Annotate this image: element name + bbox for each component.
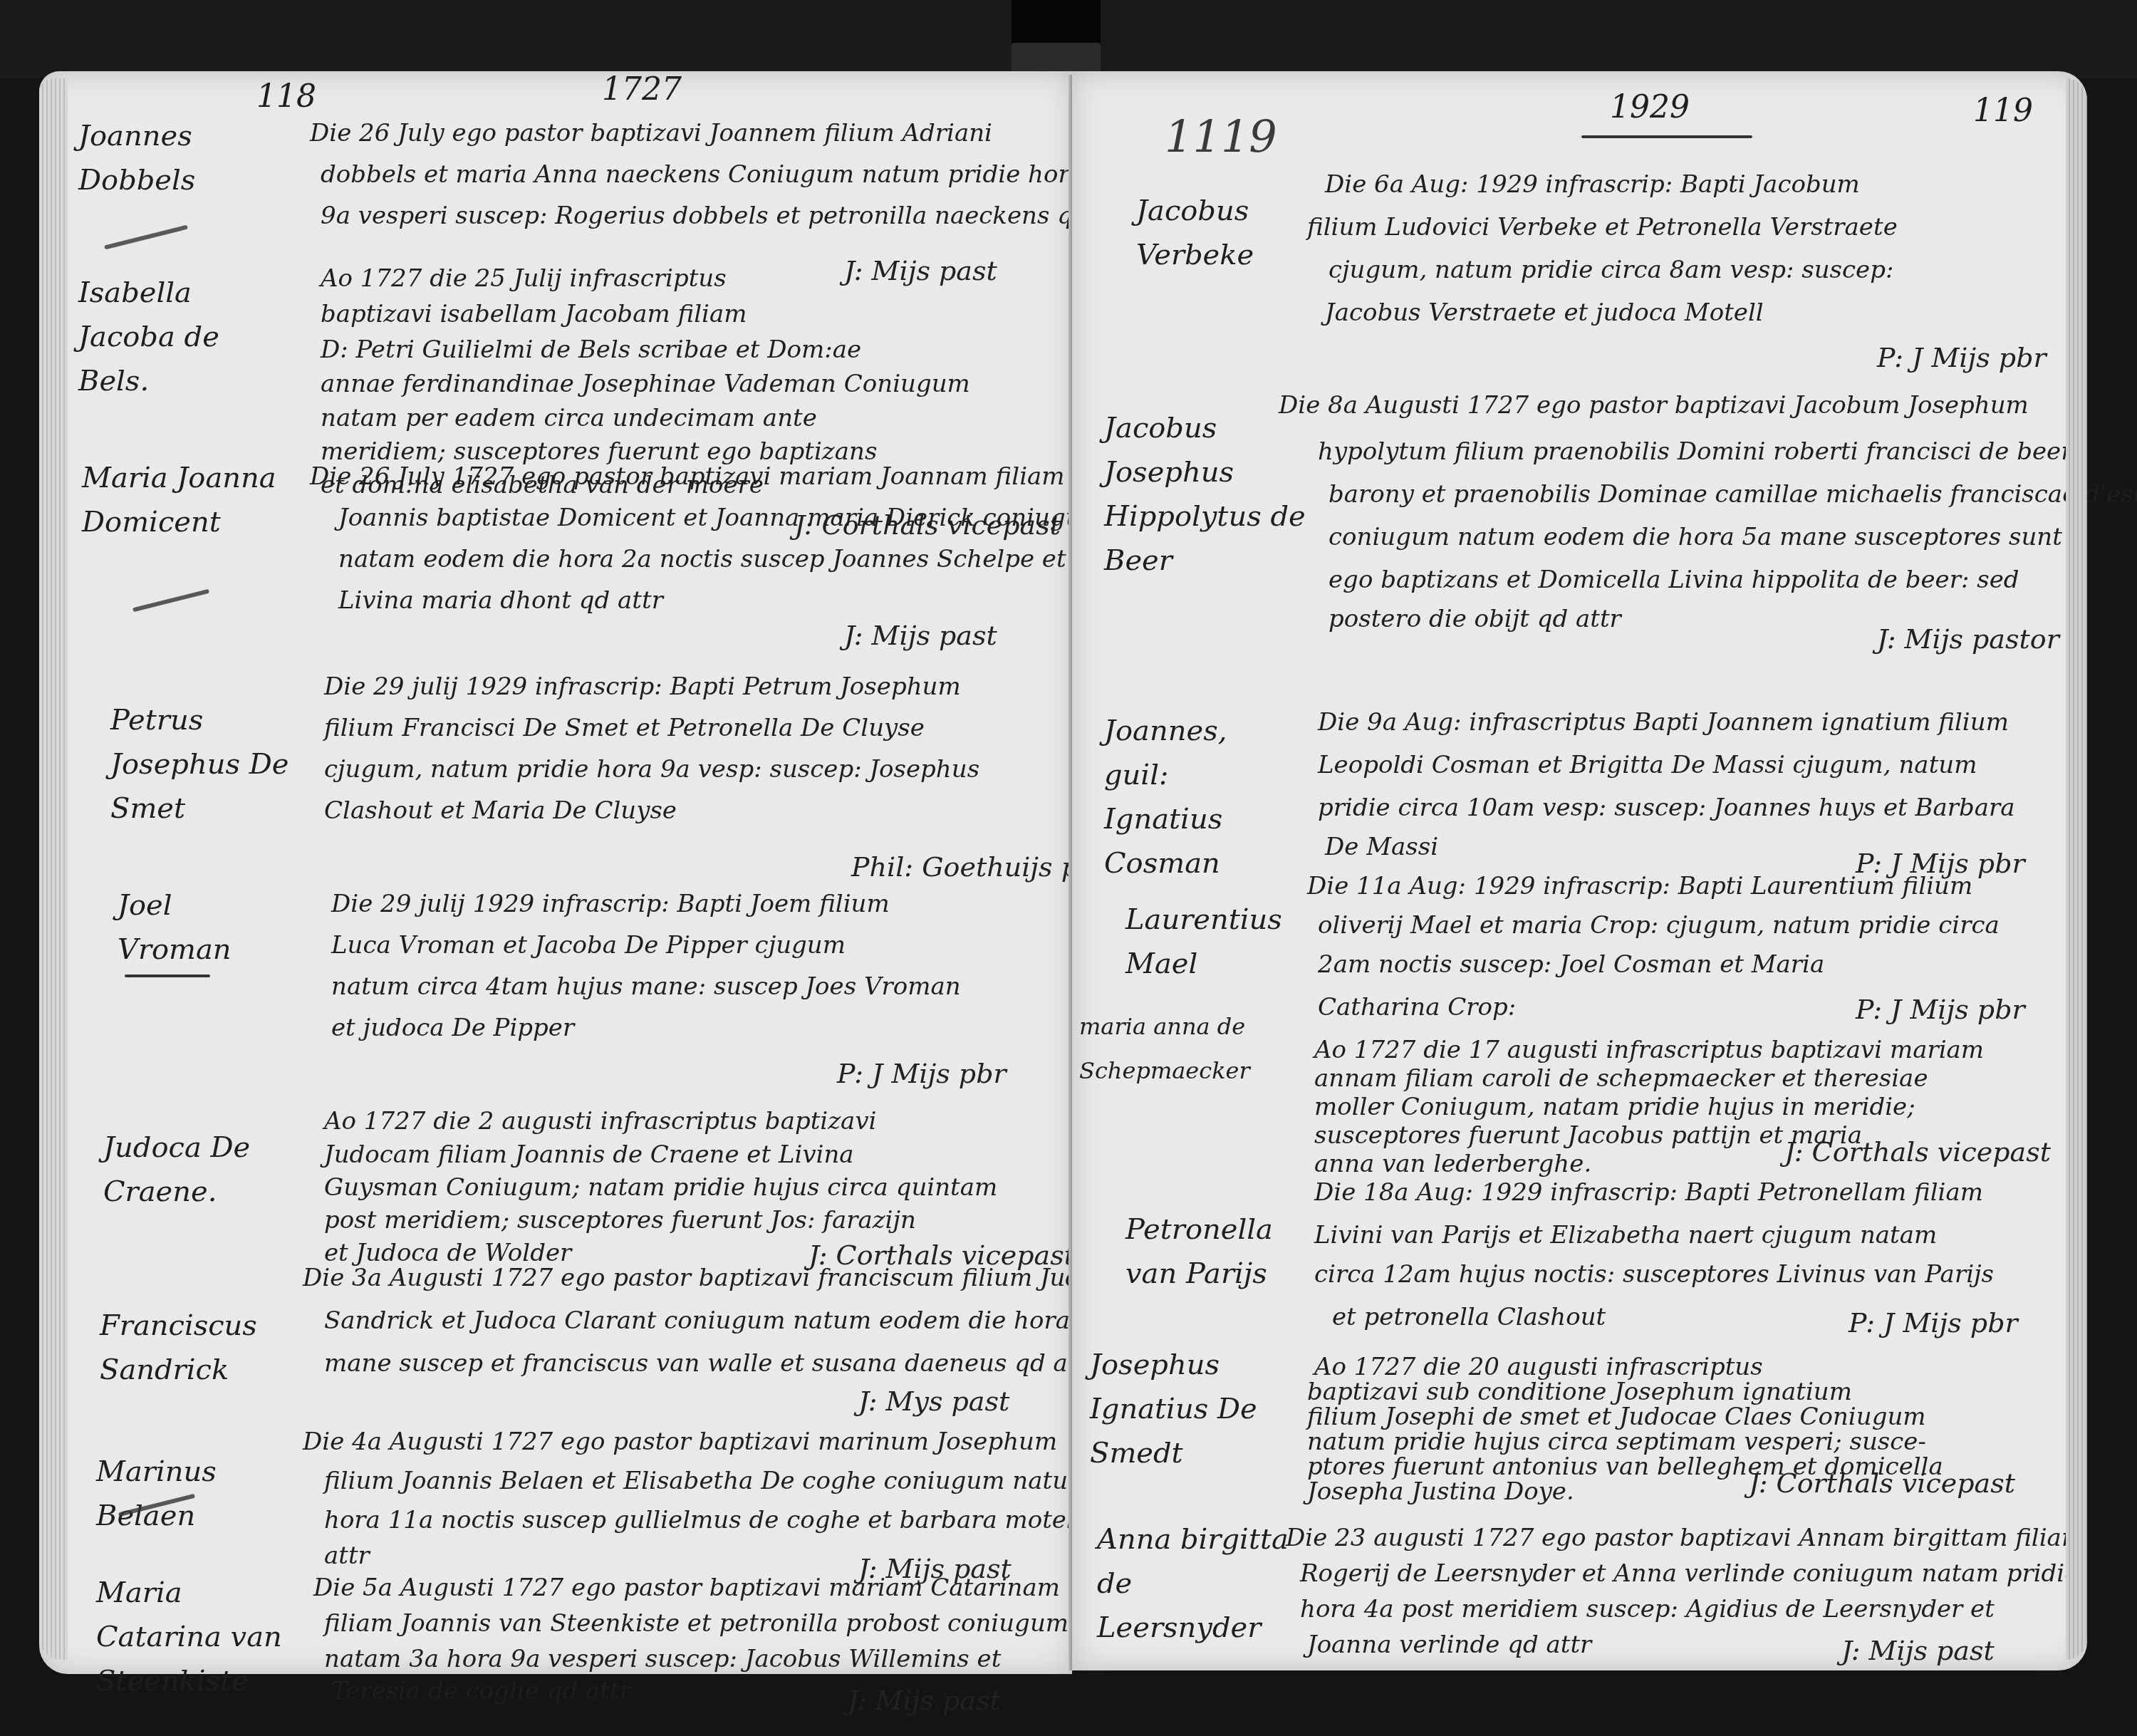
signature: P: J Mijs pbr [1877,342,2047,373]
entry-line: Leopoldi Cosman et Brigitta De Massi cju… [1318,744,1977,786]
entry-line: natam eodem die hora 2a noctis suscep Jo… [338,539,1066,580]
signature: J: Mys past [858,1386,1009,1417]
entry-line: Die 18a Aug: 1929 infrascrip: Bapti Petr… [1314,1172,1983,1213]
entry-line: Die 29 julij 1929 infrascrip: Bapti Petr… [324,666,961,707]
signature: P: J Mijs pbr [1856,994,2025,1025]
signature: J: Mijs past [844,255,997,286]
entry-line: coniugum natum eodem die hora 5a mane su… [1329,516,2062,558]
margin-flourish [104,225,188,250]
year-underline [1581,135,1752,138]
entry-line: Josepha Justina Doye. [1307,1471,1574,1512]
entry-line: hora 11a noctis suscep gullielmus de cog… [324,1499,1113,1541]
entry-line: filium Francisci De Smet et Petronella D… [324,707,925,749]
margin-name: Marinus Belaen [96,1450,324,1538]
entry-line: Livini van Parijs et Elizabetha naert cj… [1314,1215,1937,1256]
entry-line: Die 29 julij 1929 infrascrip: Bapti Joem… [331,883,890,925]
entry-line: barony et praenobilis Dominae camillae m… [1329,474,2137,515]
margin-flourish [132,589,209,612]
signature: J: Mijs pastor [1877,623,2059,655]
entry-line: Die 3a Augusti 1727 ego pastor baptizavi… [303,1257,1117,1299]
margin-name: Jacobus Josephus Hippolytus de Beer [1104,406,1311,583]
margin-name: Laurentius Mael [1125,898,1268,986]
entry-line: Catharina Crop: [1318,987,1516,1028]
signature: P: J Mijs pbr [1849,1307,2018,1339]
entry-line: Die 8a Augusti 1727 ego pastor baptizavi… [1279,385,2029,426]
entry-line: ego baptizans et Domicella Livina hippol… [1329,559,2019,601]
folio-number-right: 119 [1973,93,2033,129]
entry-line: filium Joannis Belaen et Elisabetha De c… [324,1460,1171,1502]
entry-line: et judoca De Pipper [331,1007,574,1049]
margin-name: Judoca De Craene. [103,1126,274,1214]
margin-name: Petronella van Parijs [1125,1207,1311,1296]
margin-name: Joannes, guil: Ignatius Cosman [1104,709,1282,885]
entry-line: natum circa 4tam hujus mane: suscep Joes… [331,966,961,1007]
entry-line: Clashout et Maria De Cluyse [324,790,677,831]
year-header-left: 1727 [602,71,682,108]
year-header-right: 1929 [1610,89,1690,125]
margin-name: Isabella Jacoba de Bels. [78,271,242,403]
signature: J: Corthals vicepast [1784,1136,2051,1168]
spine-binding-thread [1012,43,1101,75]
margin-name: Joel Vroman [118,883,260,972]
entry-line: Joannis baptistae Domicent et Joanna mar… [338,497,1104,539]
margin-name: Anna birgitta de Leersnyder [1097,1517,1296,1650]
entry-line: Livina maria dhont qd attr [338,580,663,621]
signature: J: Mijs past [844,620,997,651]
entry-line: mane suscep et franciscus van walle et s… [324,1343,1087,1384]
entry-line: Teresia de coghe qd attr [331,1670,631,1712]
folio-stamp: 1119 [1165,110,1277,162]
entry-line: pridie circa 10am vesp: suscep: Joannes … [1318,787,2015,828]
entry-line: Jacobus Verstraete et judoca Motell [1325,292,1764,333]
margin-underline [125,974,210,977]
margin-name: Maria Catarina van Steenkiste [96,1571,310,1703]
entry-line: et petronella Clashout [1332,1296,1606,1338]
folio-number-left: 118 [256,78,316,115]
entry-line: oliverij Mael et maria Crop: cjugum, nat… [1318,905,2000,946]
margin-name: Jacobus Verbeke [1136,189,1279,277]
signature: P: J Mijs pbr [837,1058,1007,1089]
entry-line: filium Ludovici Verbeke et Petronella Ve… [1307,207,1898,248]
margin-name: Maria Joanna Domicent [82,456,296,544]
entry-line: circa 12am hujus noctis: susceptores Liv… [1314,1254,1994,1295]
signature: J: Mijs past [1841,1635,1995,1666]
entry-line: Die 4a Augusti 1727 ego pastor baptizavi… [303,1421,1057,1462]
signature: J: Corthals vicepast [1749,1467,2015,1499]
entry-line: De Massi [1325,826,1438,868]
entry-line: Die 26 July ego pastor baptizavi Joannem… [310,113,992,154]
entry-line: dobbels et maria Anna naeckens Coniugum … [321,154,1084,195]
margin-name: Joannes Dobbels [78,114,292,202]
entry-line: hypolytum filium praenobilis Domini robe… [1318,431,2073,472]
margin-name: Petrus Josephus De Smet [110,698,296,831]
signature: J: Mijs past [848,1685,1001,1716]
margin-name: Franciscus Sandrick [100,1304,264,1392]
margin-name: Josephus Ignatius De Smedt [1090,1343,1304,1475]
entry-line: Sandrick et Judoca Clarant coniugum natu… [324,1300,1108,1341]
entry-line: cjugum, natum pridie hora 9a vesp: susce… [324,749,979,790]
left-page: 118 1727 Joannes Dobbels Die 26 July ego… [39,71,1072,1674]
entry-line: 2am noctis suscep: Joel Cosman et Maria [1318,944,1824,985]
right-page: 1119 1929 119 Jacobus Verbeke Die 6a Aug… [1072,71,2087,1670]
entry-line: Die 26 July 1727 ego pastor baptizavi ma… [310,456,1065,497]
entry-line: Die 11a Aug: 1929 infrascrip: Bapti Laur… [1307,866,1972,907]
entry-line: Luca Vroman et Jacoba De Pipper cjugum [331,925,846,966]
entry-line: postero die obijt qd attr [1329,598,1621,640]
entry-line: Die 6a Aug: 1929 infrascrip: Bapti Jacob… [1325,164,1860,205]
margin-name: maria anna de Schepmaecker [1079,1004,1307,1093]
entry-line: Joanna verlinde qd attr [1307,1624,1591,1665]
entry-line: Die 9a Aug: infrascriptus Bapti Joannem … [1318,702,2009,743]
entry-line: cjugum, natum pridie circa 8am vesp: sus… [1329,249,1893,291]
entry-line: 9a vesperi suscep: Rogerius dobbels et p… [321,195,1141,237]
